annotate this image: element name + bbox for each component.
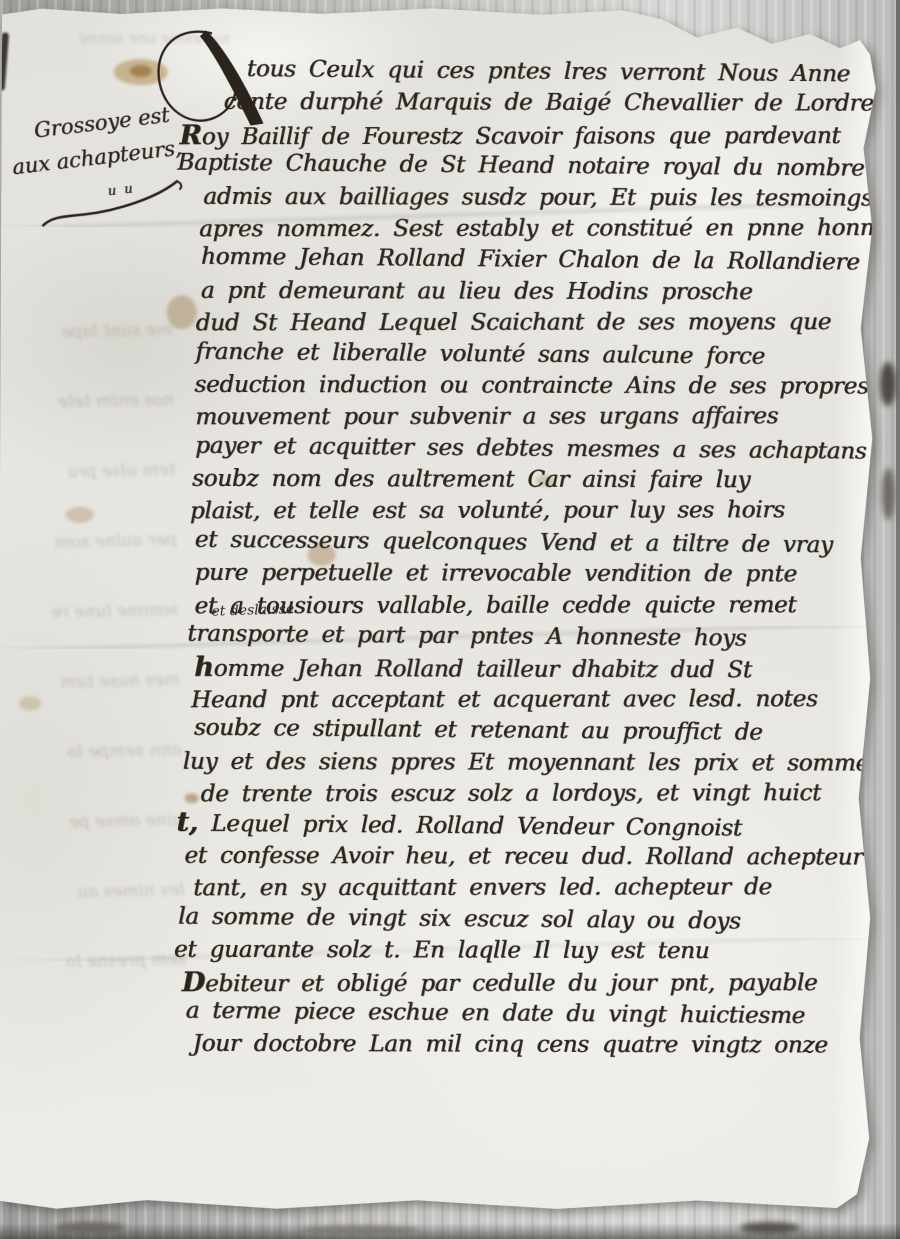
manuscript-line: et successeurs quelconques Vend et a til… <box>195 525 870 562</box>
manuscript-photo: nul esme une sanne me sunt lape nos enim… <box>0 0 900 1239</box>
manuscript-line: et a tousiours vallable, baille cedde qu… <box>194 590 869 623</box>
manuscript-line: mouvement pour subvenir a ses urgans aff… <box>195 401 870 434</box>
left-edge-mark <box>0 32 9 90</box>
background-smudge <box>880 362 896 406</box>
manuscript-line: seduction induction ou contraincte Ains … <box>194 370 870 403</box>
manuscript-sheet: nul esme une sanne me sunt lape nos enim… <box>0 4 880 1216</box>
manuscript-line: plaist, et telle est sa volunté, pour lu… <box>190 496 870 529</box>
manuscript-line: pure perpetuelle et irrevocable venditio… <box>195 558 870 591</box>
manuscript-line: tous Ceulx qui ces pntes lres verront No… <box>247 54 872 91</box>
manuscript-line: franche et liberalle volunté sans aulcun… <box>195 336 870 373</box>
photo-right-edge <box>896 0 900 1239</box>
manuscript-line: soubz nom des aultrement Car ainsi faire… <box>192 464 870 497</box>
manuscript-line: et guarante solz t. En laqlle Il luy est… <box>174 935 868 968</box>
ink-stain <box>130 65 152 77</box>
manuscript-line: homme Jehan Rolland tailleur dhabitz dud… <box>194 652 869 685</box>
manuscript-line: soubz ce stipullant et retenant au prouf… <box>194 713 869 750</box>
manuscript-line: payer et acquitter ses debtes mesmes a s… <box>195 431 870 468</box>
manuscript-line: Roy Baillif de Fourestz Scavoir faisons … <box>180 119 872 152</box>
manuscript-line: Debiteur et obligé par cedulle du jour p… <box>182 966 868 999</box>
manuscript-line: homme Jehan Rolland Fixier Chalon de la … <box>201 242 871 279</box>
manuscript-line: a terme piece eschue en date du vingt hu… <box>186 996 868 1033</box>
deed-text-block: tous Ceulx qui ces pntes lres verront No… <box>148 55 872 1063</box>
manuscript-line: la somme de vingt six escuz sol alay ou … <box>178 901 868 938</box>
bleed-through-line: nos enim tele <box>0 365 175 439</box>
manuscript-line: tant, en sy acquittant envers led. achep… <box>193 872 868 905</box>
background-smudge <box>882 468 895 520</box>
manuscript-line: transporte et part par pntes A honneste … <box>187 619 869 656</box>
manuscript-line: et confesse Avoir heu, et receu dud. Rol… <box>184 841 868 874</box>
manuscript-line: a pnt demeurant au lieu des Hodins prosc… <box>201 276 871 309</box>
manuscript-line: Heand pnt acceptant et acquerant avec le… <box>191 684 869 717</box>
manuscript-line: de trente trois escuz solz a lordoys, et… <box>201 778 869 811</box>
background-smudge <box>300 1226 420 1236</box>
manuscript-line: admis aux bailliages susdz pour, Et puis… <box>203 181 871 214</box>
manuscript-line: conte durphé Marquis de Baigé Chevallier… <box>224 87 872 120</box>
paper-surface: nul esme une sanne me sunt lape nos enim… <box>0 4 880 1216</box>
manuscript-line: apres nommez. Sest estably et constitué … <box>199 213 871 246</box>
manuscript-line: dud St Heand Lequel Scaichant de ses moy… <box>196 307 871 340</box>
background-smudge <box>55 1222 125 1234</box>
manuscript-line: t, Lequel prix led. Rolland Vendeur Cong… <box>176 807 868 844</box>
background-smudge <box>740 1222 800 1234</box>
bleed-through-line: me sunt lape <box>0 295 173 369</box>
manuscript-line: Jour doctobre Lan mil cinq cens quatre v… <box>193 1029 868 1062</box>
manuscript-line: Baptiste Chauche de St Heand notaire roy… <box>177 148 871 185</box>
manuscript-line: luy et des siens ppres Et moyennant les … <box>183 746 869 779</box>
